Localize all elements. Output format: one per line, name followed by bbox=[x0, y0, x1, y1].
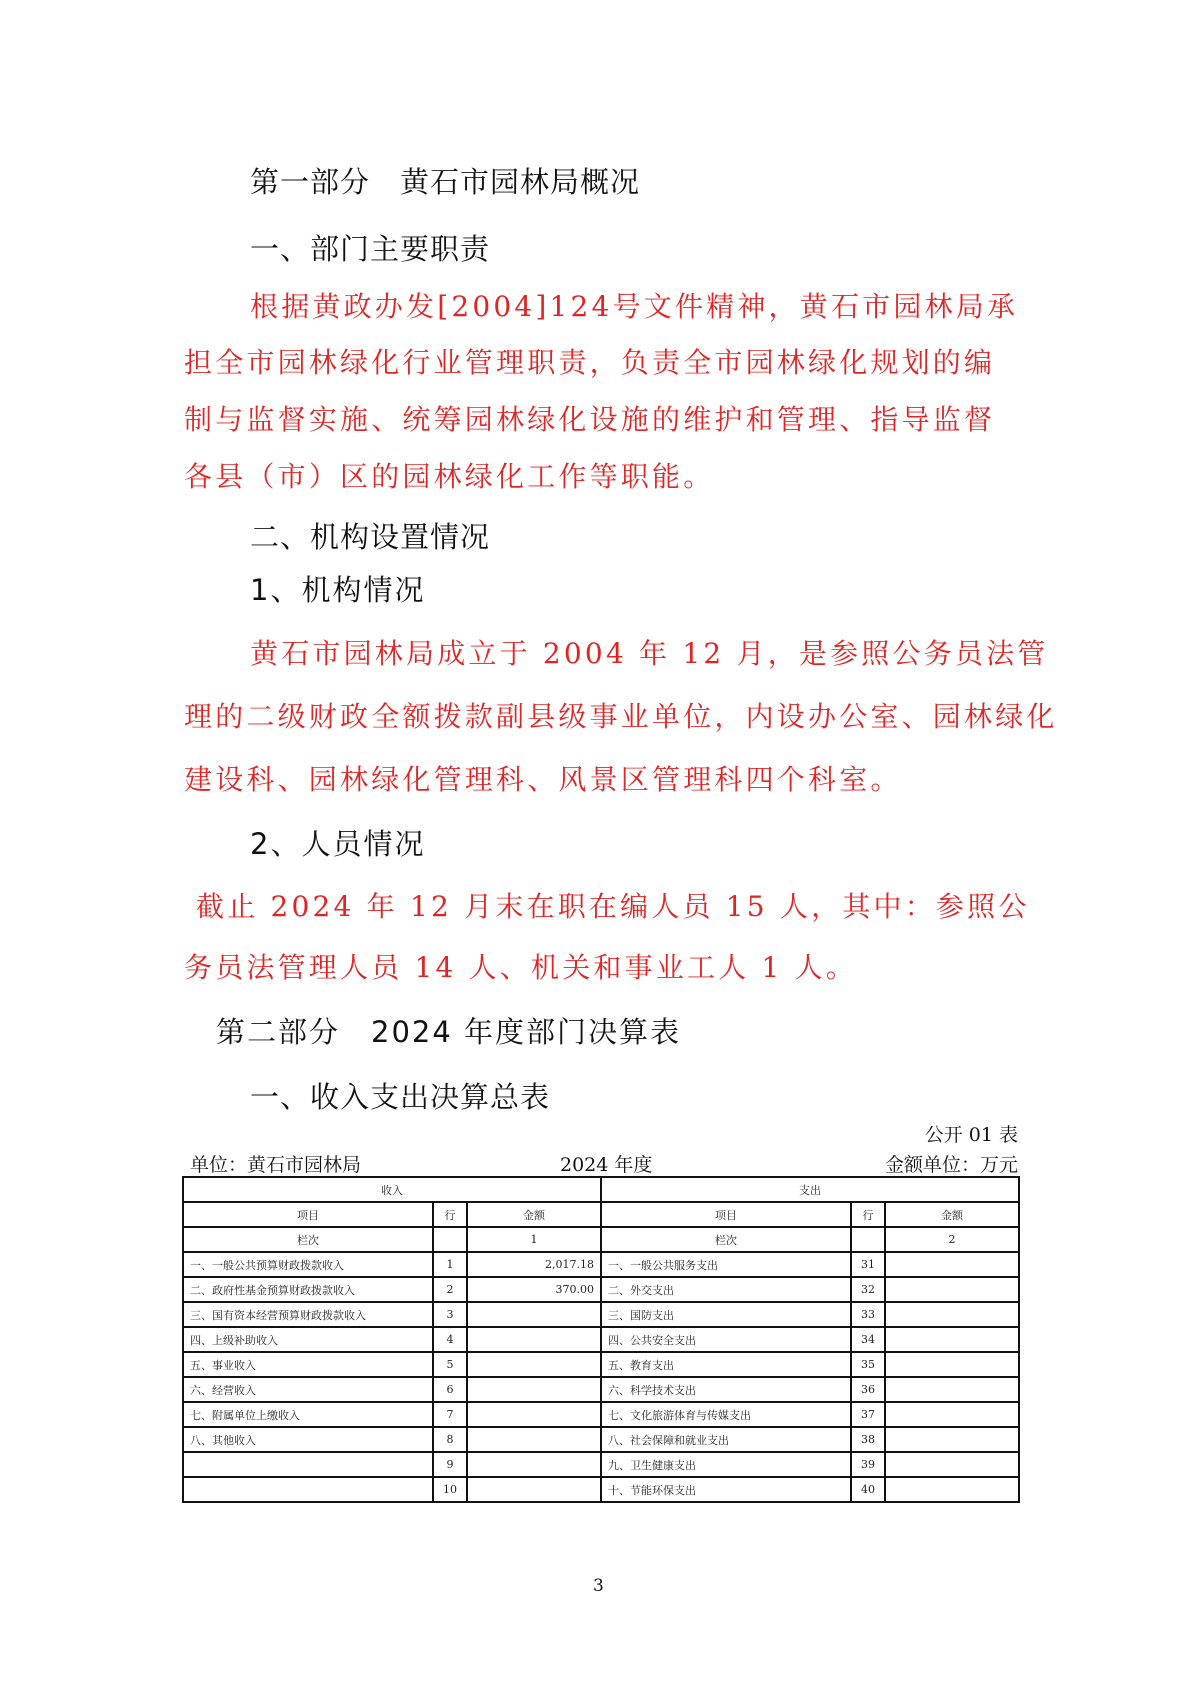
expense-index-label: 栏次 bbox=[601, 1227, 851, 1252]
income-amount bbox=[467, 1327, 601, 1352]
org-paragraph-line-1: 黄石市园林局成立于 2004 年 12 月，是参照公务员法管 bbox=[250, 632, 1049, 672]
income-row-number: 8 bbox=[433, 1427, 467, 1452]
page-number: 3 bbox=[593, 1576, 604, 1596]
income-row-number: 4 bbox=[433, 1327, 467, 1352]
income-row-number: 5 bbox=[433, 1352, 467, 1377]
income-col-item: 项目 bbox=[183, 1202, 433, 1227]
table-row: 七、附属单位上缴收入7七、文化旅游体育与传媒支出37 bbox=[183, 1402, 1019, 1427]
section1-title: 一、部门主要职责 bbox=[250, 227, 490, 268]
amount-unit-label: 金额单位：万元 bbox=[885, 1150, 1018, 1177]
subsection-staff-title: 2、人员情况 bbox=[250, 822, 425, 863]
year-label: 2024 年度 bbox=[560, 1150, 652, 1177]
income-item: 一、一般公共预算财政拨款收入 bbox=[183, 1252, 433, 1277]
expense-row-number: 40 bbox=[851, 1477, 885, 1502]
income-amount: 370.00 bbox=[467, 1277, 601, 1302]
expense-row-number: 38 bbox=[851, 1427, 885, 1452]
income-index-row-blank bbox=[433, 1227, 467, 1252]
expense-item: 十、节能环保支出 bbox=[601, 1477, 851, 1502]
subsection-org-title: 1、机构情况 bbox=[250, 568, 425, 609]
income-row-number: 9 bbox=[433, 1452, 467, 1477]
table-row: 一、一般公共预算财政拨款收入12,017.18一、一般公共服务支出31 bbox=[183, 1252, 1019, 1277]
duty-paragraph-line-1: 根据黄政办发[2004]124号文件精神，黄石市园林局承 bbox=[250, 285, 1018, 325]
income-item: 五、事业收入 bbox=[183, 1352, 433, 1377]
income-item: 六、经营收入 bbox=[183, 1377, 433, 1402]
income-row-number: 6 bbox=[433, 1377, 467, 1402]
expense-col-row: 行 bbox=[851, 1202, 885, 1227]
table-row: 9九、卫生健康支出39 bbox=[183, 1452, 1019, 1477]
org-paragraph-line-2: 理的二级财政全额拨款副县级事业单位，内设办公室、园林绿化 bbox=[184, 695, 1058, 735]
income-amount bbox=[467, 1302, 601, 1327]
unit-label: 单位：黄石市园林局 bbox=[190, 1150, 361, 1177]
table-row: 六、经营收入6六、科学技术支出36 bbox=[183, 1377, 1019, 1402]
expense-item: 六、科学技术支出 bbox=[601, 1377, 851, 1402]
expense-row-number: 37 bbox=[851, 1402, 885, 1427]
table-row: 五、事业收入5五、教育支出35 bbox=[183, 1352, 1019, 1377]
expense-item: 五、教育支出 bbox=[601, 1352, 851, 1377]
expense-amount bbox=[885, 1327, 1019, 1352]
expense-row-number: 33 bbox=[851, 1302, 885, 1327]
income-index-label: 栏次 bbox=[183, 1227, 433, 1252]
expense-item: 九、卫生健康支出 bbox=[601, 1452, 851, 1477]
expense-row-number: 31 bbox=[851, 1252, 885, 1277]
expense-row-number: 32 bbox=[851, 1277, 885, 1302]
income-amount bbox=[467, 1402, 601, 1427]
income-amount bbox=[467, 1377, 601, 1402]
expense-amount bbox=[885, 1477, 1019, 1502]
staff-paragraph-line-1: 截止 2024 年 12 月末在职在编人员 15 人，其中：参照公 bbox=[196, 885, 1030, 925]
duty-paragraph-line-4: 各县（市）区的园林绿化工作等职能。 bbox=[184, 455, 714, 495]
table-row: 四、上级补助收入4四、公共安全支出34 bbox=[183, 1327, 1019, 1352]
org-paragraph-line-3: 建设科、园林绿化管理科、风景区管理科四个科室。 bbox=[184, 758, 902, 798]
part1-title: 第一部分 黄石市园林局概况 bbox=[250, 160, 640, 201]
income-item: 四、上级补助收入 bbox=[183, 1327, 433, 1352]
expense-item: 四、公共安全支出 bbox=[601, 1327, 851, 1352]
staff-paragraph-line-2: 务员法管理人员 14 人、机关和事业工人 1 人。 bbox=[184, 946, 857, 986]
table-row: 二、政府性基金预算财政拨款收入2370.00二、外交支出32 bbox=[183, 1277, 1019, 1302]
income-item: 七、附属单位上缴收入 bbox=[183, 1402, 433, 1427]
table-index-row: 栏次 1 栏次 2 bbox=[183, 1227, 1019, 1252]
expense-row-number: 36 bbox=[851, 1377, 885, 1402]
duty-paragraph-line-3: 制与监督实施、统筹园林绿化设施的维护和管理、指导监督 bbox=[184, 398, 995, 438]
income-row-number: 3 bbox=[433, 1302, 467, 1327]
income-col-amount: 金额 bbox=[467, 1202, 601, 1227]
expense-row-number: 35 bbox=[851, 1352, 885, 1377]
expense-item: 二、外交支出 bbox=[601, 1277, 851, 1302]
expense-amount bbox=[885, 1427, 1019, 1452]
income-row-number: 10 bbox=[433, 1477, 467, 1502]
expense-col-item: 项目 bbox=[601, 1202, 851, 1227]
income-item: 八、其他收入 bbox=[183, 1427, 433, 1452]
income-expense-summary-table: 收入 支出 项目 行 金额 项目 行 金额 栏次 1 栏次 2 一、一般公共预算… bbox=[182, 1176, 1020, 1503]
income-header: 收入 bbox=[183, 1177, 601, 1202]
expense-header: 支出 bbox=[601, 1177, 1019, 1202]
expense-item: 七、文化旅游体育与传媒支出 bbox=[601, 1402, 851, 1427]
expense-amount bbox=[885, 1277, 1019, 1302]
summary-table-title: 一、收入支出决算总表 bbox=[250, 1075, 550, 1116]
expense-item: 一、一般公共服务支出 bbox=[601, 1252, 851, 1277]
table-row: 八、其他收入8八、社会保障和就业支出38 bbox=[183, 1427, 1019, 1452]
table-column-header-row: 项目 行 金额 项目 行 金额 bbox=[183, 1202, 1019, 1227]
table-code: 公开 01 表 bbox=[925, 1120, 1018, 1147]
expense-item: 三、国防支出 bbox=[601, 1302, 851, 1327]
expense-amount bbox=[885, 1452, 1019, 1477]
expense-col-amount: 金额 bbox=[885, 1202, 1019, 1227]
expense-amount bbox=[885, 1402, 1019, 1427]
expense-item: 八、社会保障和就业支出 bbox=[601, 1427, 851, 1452]
income-row-number: 7 bbox=[433, 1402, 467, 1427]
income-item bbox=[183, 1452, 433, 1477]
income-row-number: 2 bbox=[433, 1277, 467, 1302]
income-col-row: 行 bbox=[433, 1202, 467, 1227]
part2-title: 第二部分 2024 年度部门决算表 bbox=[216, 1010, 681, 1051]
income-amount bbox=[467, 1427, 601, 1452]
income-amount bbox=[467, 1477, 601, 1502]
expense-row-number: 34 bbox=[851, 1327, 885, 1352]
expense-amount bbox=[885, 1377, 1019, 1402]
expense-amount bbox=[885, 1302, 1019, 1327]
income-row-number: 1 bbox=[433, 1252, 467, 1277]
expense-row-number: 39 bbox=[851, 1452, 885, 1477]
expense-amount bbox=[885, 1352, 1019, 1377]
income-item: 三、国有资本经营预算财政拨款收入 bbox=[183, 1302, 433, 1327]
income-item: 二、政府性基金预算财政拨款收入 bbox=[183, 1277, 433, 1302]
table-row: 三、国有资本经营预算财政拨款收入3三、国防支出33 bbox=[183, 1302, 1019, 1327]
income-amount: 2,017.18 bbox=[467, 1252, 601, 1277]
income-amount bbox=[467, 1352, 601, 1377]
expense-index-row-blank bbox=[851, 1227, 885, 1252]
expense-amount bbox=[885, 1252, 1019, 1277]
table-section-header-row: 收入 支出 bbox=[183, 1177, 1019, 1202]
income-item bbox=[183, 1477, 433, 1502]
section2-title: 二、机构设置情况 bbox=[250, 515, 490, 556]
table-row: 10十、节能环保支出40 bbox=[183, 1477, 1019, 1502]
duty-paragraph-line-2: 担全市园林绿化行业管理职责，负责全市园林绿化规划的编 bbox=[184, 341, 995, 381]
expense-index-value: 2 bbox=[885, 1227, 1019, 1252]
income-amount bbox=[467, 1452, 601, 1477]
income-index-value: 1 bbox=[467, 1227, 601, 1252]
